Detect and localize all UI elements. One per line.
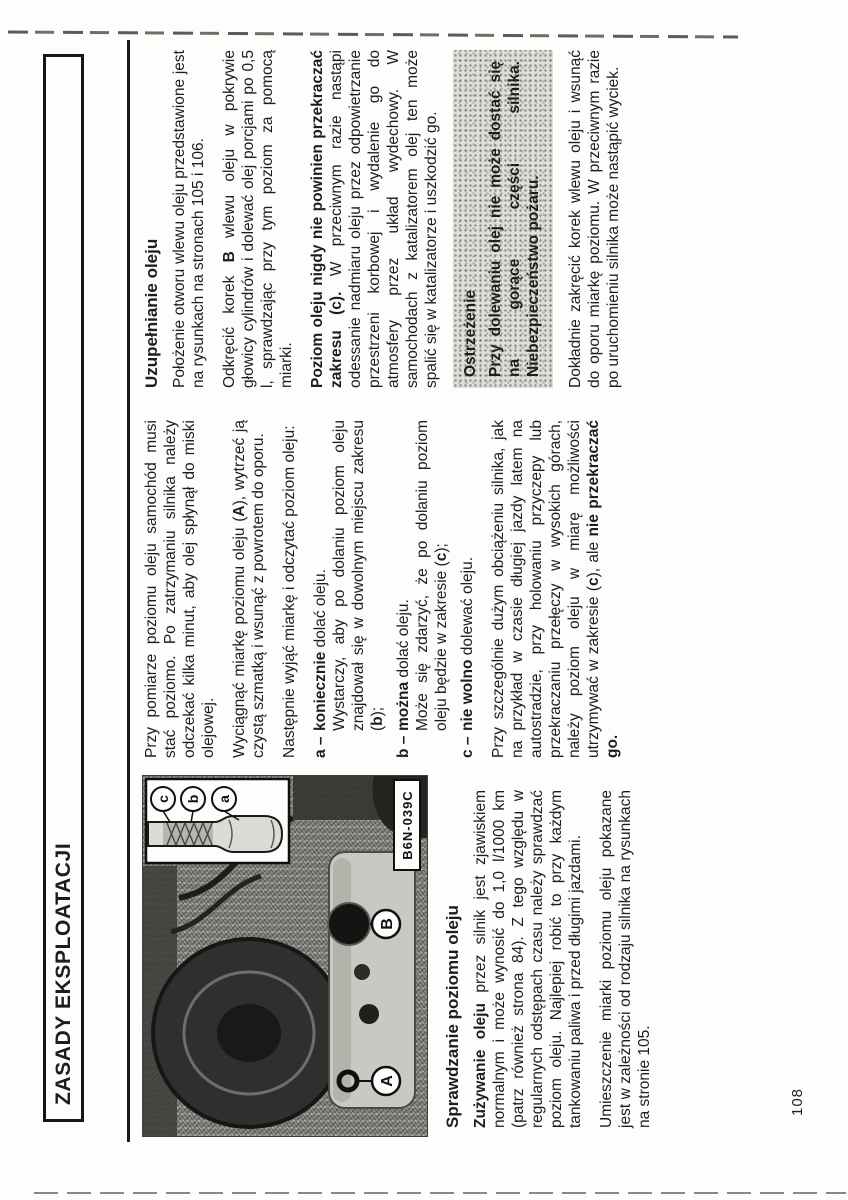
list-text: dolać oleju. (312, 569, 329, 652)
paragraph: Przy szczególnie dużym obciążeniu silnik… (489, 420, 622, 758)
page-number: 108 (789, 1088, 806, 1116)
paragraph-text: ), ale (585, 537, 602, 578)
list-item-b: b – można dolać oleju. Może się zdarzyć,… (394, 420, 451, 758)
paragraph: Wyciągnąć miarkę poziomu oleju (A), wytr… (230, 420, 268, 758)
list-marker: b – (394, 736, 413, 758)
paragraph-text: Wyciągnąć miarkę poziomu oleju ( (231, 517, 248, 758)
bold-ref: B (221, 251, 238, 262)
callout-a-label: a (216, 795, 232, 803)
section-heading: Uzupełnianie oleju (142, 50, 161, 388)
engine-figure-overlay: A B c b (143, 776, 427, 1136)
callout-A-label: A (379, 1075, 396, 1087)
bold-lead: nie wolno (459, 660, 476, 731)
column-middle: Przy pomiarze poziomu oleju samochód mus… (142, 420, 634, 758)
paragraph: Zużywanie oleju przez silnik jest zjawis… (471, 790, 585, 1128)
list-item-a: a – koniecznie dolać oleju. Wystarczy, a… (311, 420, 387, 758)
chapter-header-box: ZASADY EKSPLOATACJI (43, 54, 84, 1122)
figure-code: B6N-039C (400, 790, 415, 859)
bold-lead: Zużywanie oleju (472, 1003, 489, 1128)
bold-ref: c (433, 553, 450, 562)
scan-edge-artifact (8, 30, 738, 38)
header-rule (127, 40, 130, 1142)
plug-hole (354, 964, 370, 980)
chapter-title: ZASADY EKSPLOATACJI (52, 843, 76, 1119)
callout-B-label: B (379, 918, 396, 930)
column-right: Uzupełnianie oleju Położenie otworu wlew… (142, 50, 635, 388)
callout-b-label: b (185, 795, 201, 804)
callout-c-label: c (155, 795, 171, 803)
list-text: dolać oleju. (395, 599, 412, 682)
column-left: A B c b (142, 790, 666, 1128)
plug-hole (359, 1004, 379, 1024)
bold-lead: można (395, 682, 412, 731)
paragraph: Poziom oleju nigdy nie powinien przekrac… (308, 50, 441, 388)
scanned-manual-page: ZASADY EKSPLOATACJI (0, 0, 848, 1200)
bold-lead: koniecznie (312, 652, 329, 731)
oil-filler-cap (328, 903, 370, 945)
paragraph: Dokładnie zakręcić korek wlewu oleju i w… (566, 50, 623, 388)
air-cleaner-center (217, 1004, 281, 1062)
dipstick-zone-b (163, 823, 213, 845)
list-text: dolewać oleju. (459, 557, 476, 660)
warning-text: Przy dolewaniu olej nie może dostać się … (486, 61, 543, 377)
engine-figure: A B c b (142, 775, 428, 1137)
paragraph: Położenie otworu wlewu oleju przedstawio… (170, 50, 208, 388)
valve-cover-shading (333, 858, 351, 1102)
bold-ref: A (231, 505, 248, 516)
section-heading: Sprawdzanie poziomu oleju (443, 790, 462, 1128)
paragraph-text: Odkręcić korek (221, 262, 238, 388)
paragraph: Następnie wyjąć miarkę i odczytać poziom… (280, 420, 299, 758)
scan-edge-artifact (34, 1192, 846, 1194)
paragraph: Umieszczenie miarki poziomu oleju pokaza… (597, 790, 654, 1128)
paragraph: Odkręcić korek B wlewu oleju w pokrywie … (220, 50, 296, 388)
list-item-c: c – nie wolno dolewać oleju. (458, 420, 477, 758)
list-marker: c – (458, 736, 477, 758)
warning-title: Ostrzeżenie (461, 61, 480, 377)
bold-ref: c (585, 577, 602, 586)
list-subtext: Może się zdarzyć, że po dolaniu poziom o… (413, 420, 451, 731)
list-subtext: Wystarczy, aby po dolaniu poziom oleju z… (330, 420, 387, 731)
paragraph: Przy pomiarze poziomu oleju samochód mus… (142, 420, 218, 758)
list-marker: a – (311, 736, 330, 758)
bold-ref: b (369, 716, 386, 725)
warning-box: Ostrzeżenie Przy dolewaniu olej nie może… (453, 50, 553, 388)
dipstick-inset: c b a (146, 779, 289, 863)
